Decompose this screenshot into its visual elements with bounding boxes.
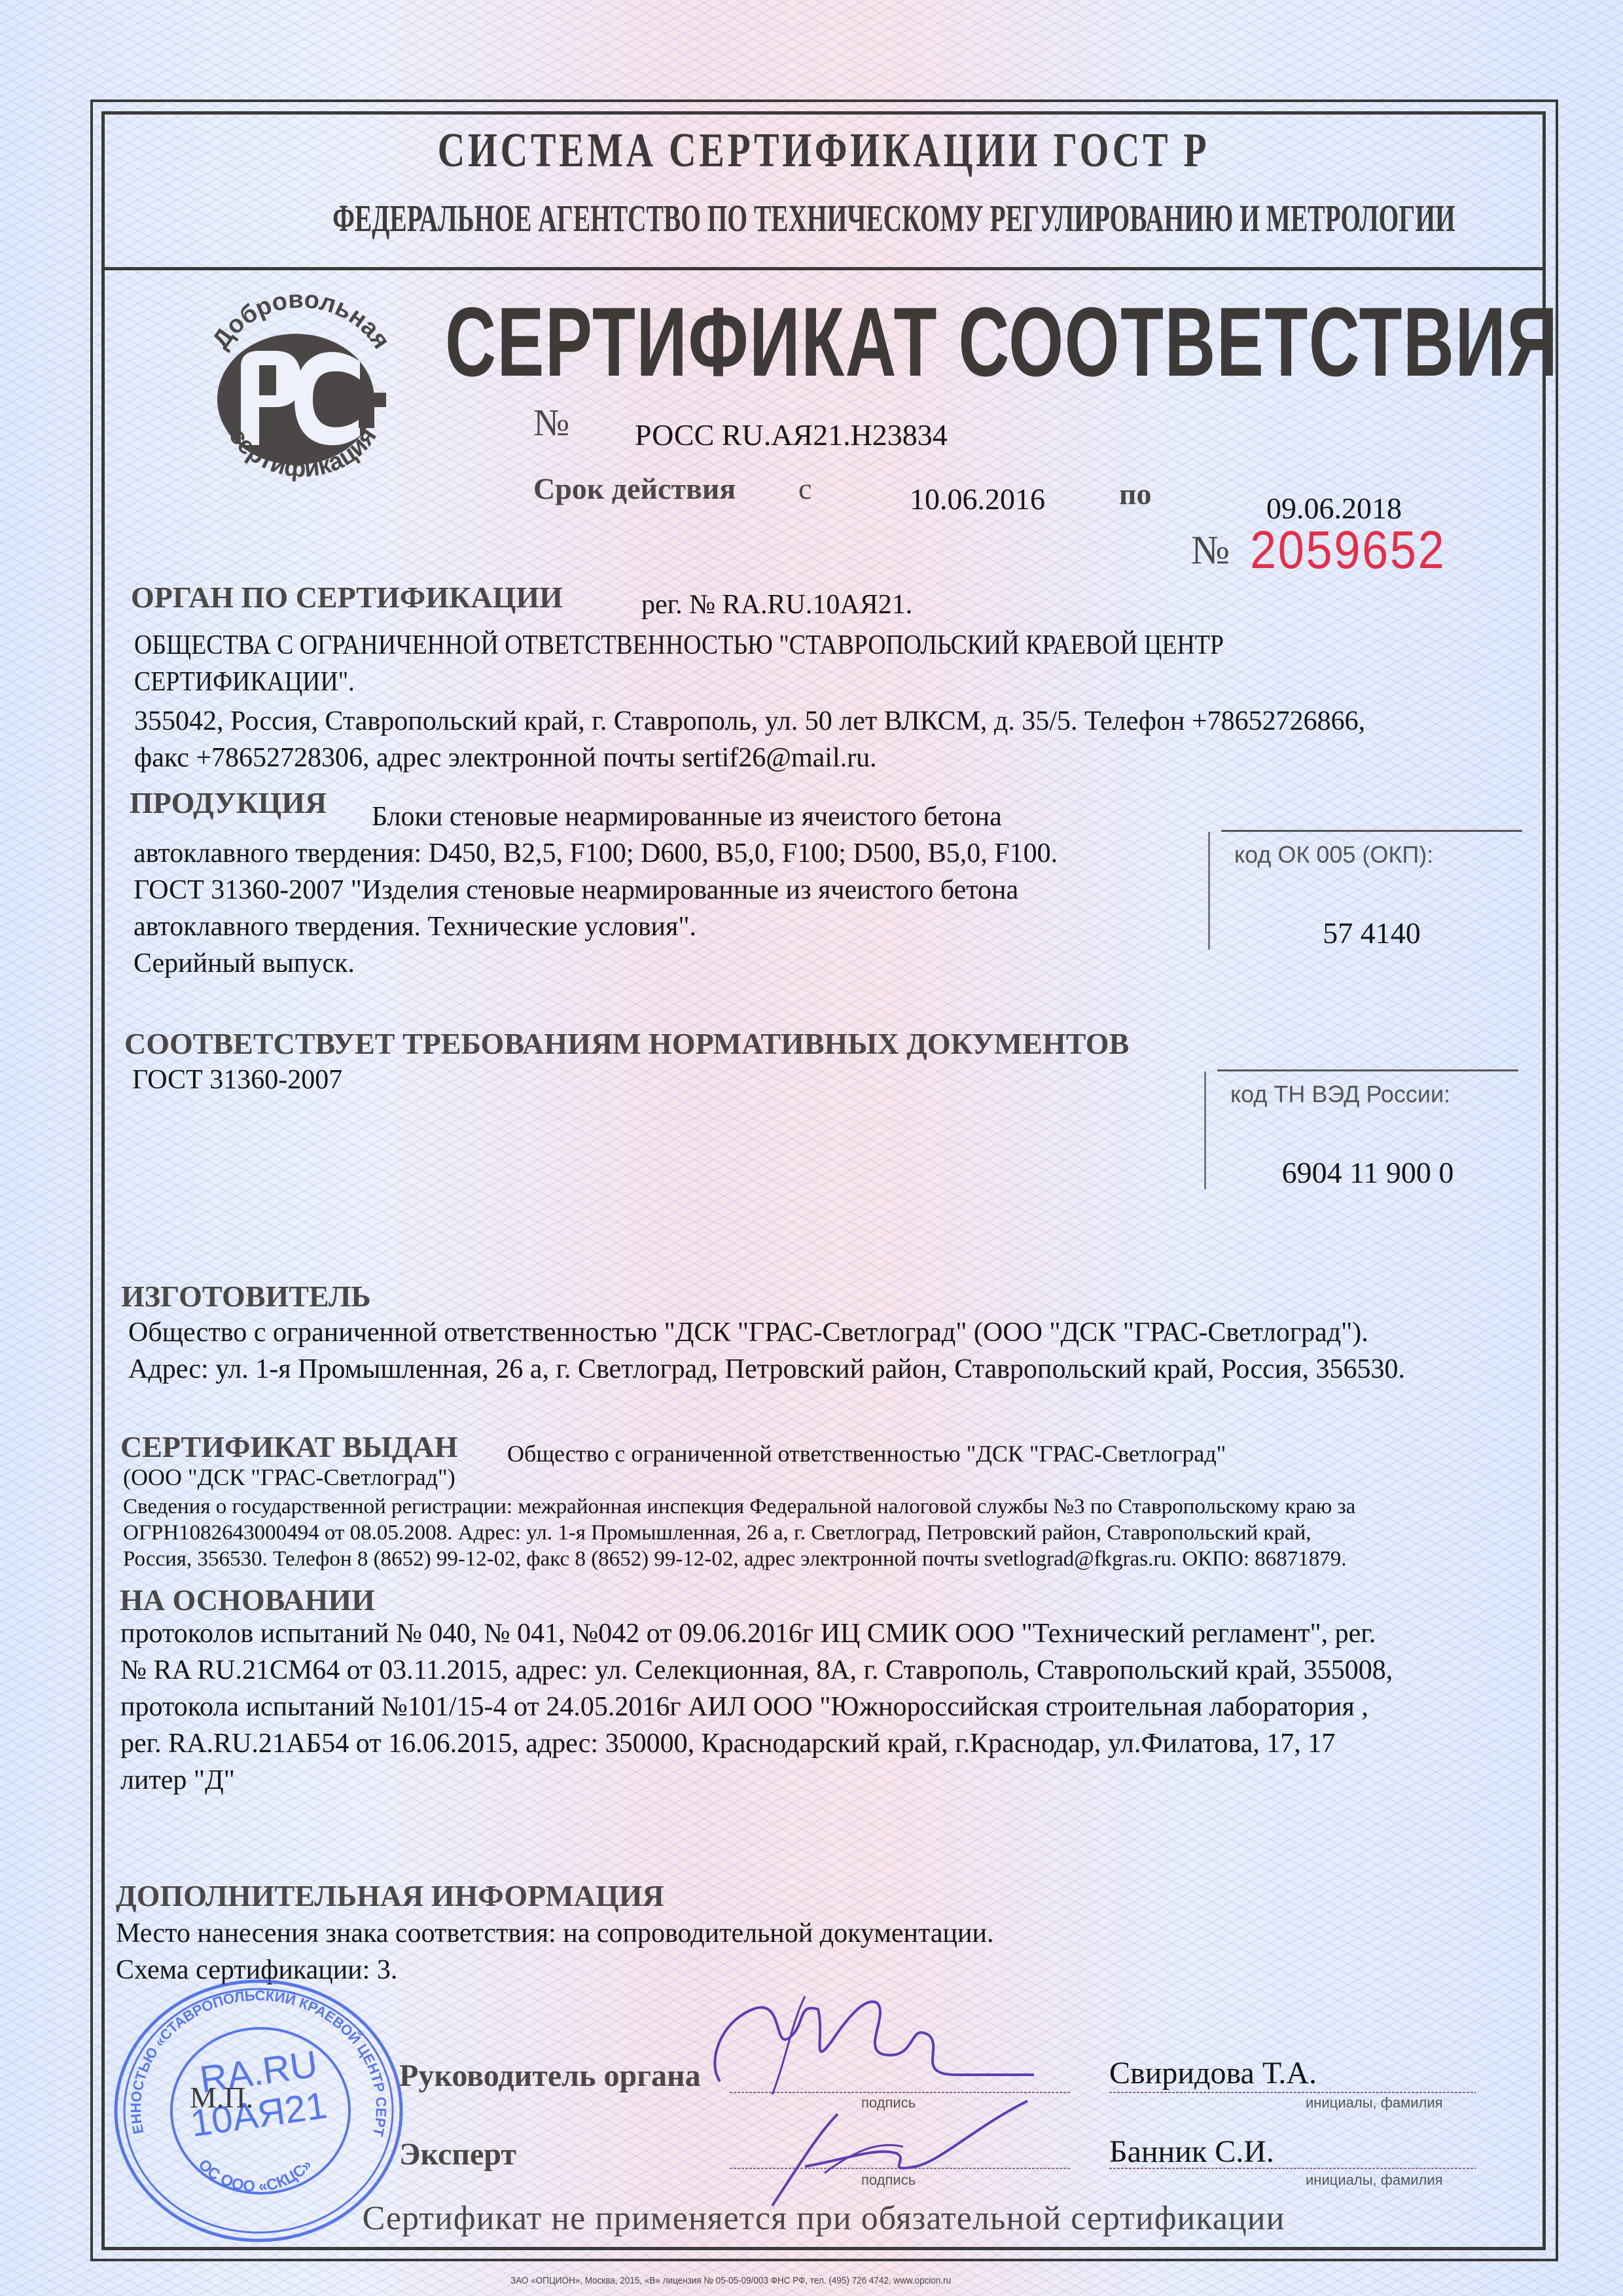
basis-line: протоколов испытаний № 040, № 041, №042 … [120, 1615, 1393, 1652]
registration-line: Сведения о государственной регистрации: … [123, 1494, 1355, 1520]
basis-line: № RA RU.21СМ64 от 03.11.2015, адрес: ул.… [120, 1652, 1393, 1689]
number-sign: № [533, 401, 569, 444]
product-details: автоклавного твердения: D450, B2,5, F100… [134, 835, 1058, 982]
product-line: автоклавного твердения: D450, B2,5, F100… [134, 835, 1058, 872]
name-caption: инициалы, фамилия [1306, 2172, 1443, 2189]
basis-line: литер "Д" [120, 1762, 1393, 1799]
name-line [1109, 2168, 1476, 2169]
tnved-code-label: код ТН ВЭД России: [1230, 1081, 1518, 1108]
basis-details: протоколов испытаний № 040, № 041, №042 … [120, 1615, 1393, 1799]
okp-code-label: код ОК 005 (ОКП): [1234, 841, 1522, 869]
name-caption: инициалы, фамилия [1306, 2094, 1443, 2111]
certificate-number: РОСС RU.АЯ21.Н23834 [635, 418, 948, 452]
seal-place-label: М.П. [190, 2080, 253, 2115]
additional-info-line: Место нанесения знака соответствия: на с… [116, 1915, 993, 1952]
certification-body-line: СЕРТИФИКАЦИИ". [134, 664, 1242, 700]
issued-to-company: Общество с ограниченной ответственностью… [507, 1440, 1226, 1467]
product-heading: ПРОДУКЦИЯ [130, 785, 327, 820]
name-line [1109, 2092, 1476, 2093]
issued-to-registration: Сведения о государственной регистрации: … [123, 1494, 1355, 1572]
system-title: СИСТЕМА СЕРТИФИКАЦИИ ГОСТ Р [260, 123, 1387, 179]
certification-body-line: ОБЩЕСТВА С ОГРАНИЧЕННОЙ ОТВЕТСТВЕННОСТЬЮ… [134, 627, 1242, 664]
certification-body-line: 355042, Россия, Ставропольский край, г. … [134, 703, 1365, 740]
issued-to-short-name: (ООО "ДСК "ГРАС-Светлоград") [123, 1463, 455, 1491]
conformity-heading: СООТВЕТСТВУЕТ ТРЕБОВАНИЯМ НОРМАТИВНЫХ ДО… [124, 1026, 1129, 1061]
basis-line: рег. RA.RU.21АБ54 от 16.06.2015, адрес: … [120, 1725, 1393, 1762]
disclaimer: Сертификат не применяется при обязательн… [101, 2199, 1546, 2238]
signature-expert-icon [746, 2088, 1047, 2212]
valid-from-date: 10.06.2016 [910, 482, 1045, 516]
validity-label: Срок действия [533, 471, 736, 506]
validity-to-label: по [1119, 476, 1152, 511]
manufacturer-line: Адрес: ул. 1-я Промышленная, 26 а, г. Св… [128, 1351, 1405, 1388]
agency-title: ФЕДЕРАЛЬНОЕ АГЕНТСТВО ПО ТЕХНИЧЕСКОМУ РЕ… [332, 196, 1315, 240]
basis-line: протокола испытаний №101/15-4 от 24.05.2… [120, 1689, 1393, 1725]
issued-to-heading: СЕРТИФИКАТ ВЫДАН [120, 1429, 458, 1464]
certification-body-heading: ОРГАН ПО СЕРТИФИКАЦИИ [131, 580, 563, 615]
head-name: Свиридова Т.А. [1109, 2055, 1317, 2091]
expert-name: Банник С.И. [1109, 2134, 1274, 2170]
certificate-title: СЕРТИФИКАТ СООТВЕТСТВИЯ [445, 285, 1558, 399]
product-line: автоклавного твердения. Технические усло… [134, 908, 1058, 945]
rst-logo-icon: Добровольная сертификация [196, 288, 406, 491]
svg-text:ОС ООО «СКЦС»: ОС ООО «СКЦС» [195, 2156, 316, 2196]
signature-role-expert: Эксперт [399, 2136, 516, 2172]
manufacturer-heading: ИЗГОТОВИТЕЛЬ [121, 1279, 371, 1314]
signature-role-head: Руководитель органа [399, 2058, 701, 2094]
product-name: Блоки стеновые неармированные из ячеисто… [372, 798, 1002, 835]
tnved-code-box: код ТН ВЭД России: 6904 11 900 0 [1217, 1069, 1518, 1190]
registration-line: Россия, 356530. Телефон 8 (8652) 99-12-0… [123, 1546, 1355, 1572]
certification-body-reg: рег. № RA.RU.10АЯ21. [641, 589, 912, 620]
certification-body-details: ОБЩЕСТВА С ОГРАНИЧЕННОЙ ОТВЕТСТВЕННОСТЬЮ… [134, 627, 1365, 776]
additional-info-heading: ДОПОЛНИТЕЛЬНАЯ ИНФОРМАЦИЯ [116, 1878, 664, 1913]
basis-heading: НА ОСНОВАНИИ [120, 1583, 375, 1617]
registration-line: ОГРН1082643000494 от 08.05.2008. Адрес: … [123, 1520, 1355, 1546]
manufacturer-line: Общество с ограниченной ответственностью… [128, 1314, 1405, 1351]
blank-serial-number: 2059652 [1250, 520, 1446, 581]
certification-body-line: факс +78652728306, адрес электронной поч… [134, 740, 1365, 776]
product-line: Серийный выпуск. [134, 945, 1058, 982]
printer-imprint: ЗАО «ОПЦИОН», Москва, 2015, «В» лицензия… [510, 2275, 951, 2286]
normative-documents: ГОСТ 31360-2007 [132, 1062, 342, 1098]
okp-code-value: 57 4140 [1221, 916, 1522, 950]
header-divider [101, 267, 1546, 270]
okp-code-box: код ОК 005 (ОКП): 57 4140 [1221, 830, 1522, 950]
tnved-code-value: 6904 11 900 0 [1217, 1155, 1518, 1190]
manufacturer-details: Общество с ограниченной ответственностью… [128, 1314, 1405, 1388]
blank-number-sign: № [1191, 528, 1230, 574]
validity-from-label: с [798, 471, 811, 506]
product-line: ГОСТ 31360-2007 "Изделия стеновые неарми… [134, 872, 1058, 908]
